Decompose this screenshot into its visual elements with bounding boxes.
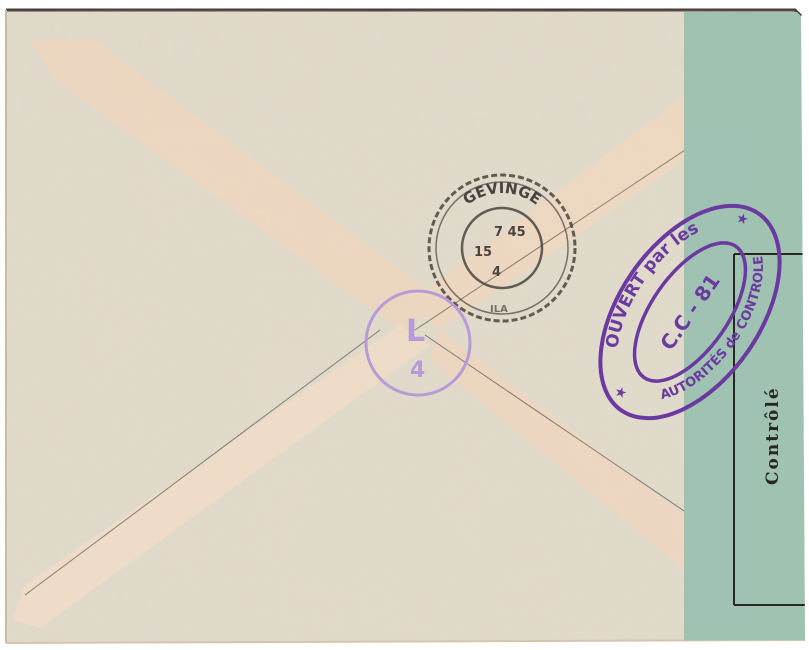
postmark-date-2: 15 [474, 245, 492, 260]
envelope-back: Contrôlé GEVINGE 7 45 15 4 ILA L 4 OUVER… [0, 0, 809, 650]
control-mark-top: L [406, 314, 425, 349]
control-mark-bottom: 4 [410, 358, 425, 383]
postmark-date-1: 7 45 [494, 225, 526, 240]
postmark-date-3: 4 [492, 265, 501, 280]
postmark-bottom: ILA [490, 304, 508, 315]
censor-strip-label: Contrôlé [763, 386, 783, 485]
